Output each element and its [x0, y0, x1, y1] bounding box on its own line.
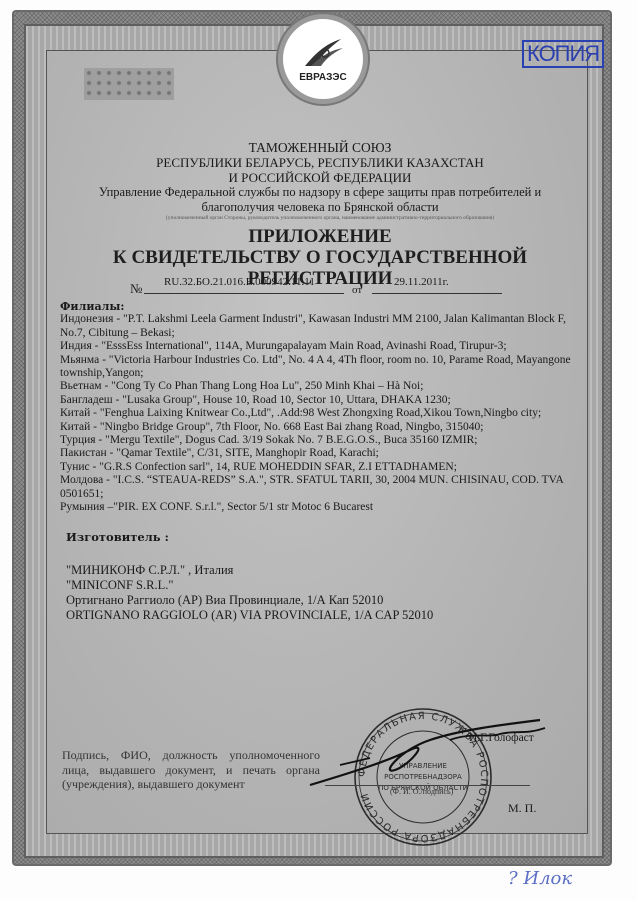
authority-line: благополучия человека по Брянской област… [80, 200, 560, 215]
branch-item: Румыния –"PIR. EX CONF. S.r.l.", Sector … [60, 501, 590, 514]
branch-item: Китай - "Ningbo Bridge Group", 7th Floor… [60, 421, 590, 434]
branch-item: Мьянма - "Victoria Harbour Industries Co… [60, 354, 590, 381]
registration-number-row: № RU.32.БО.21.016.Е.000942.11.11 от 29.1… [94, 275, 554, 297]
manufacturer-line: ORTIGNANO RAGGIOLO (AR) VIA PROVINCIALE,… [66, 608, 566, 623]
copy-stamp: КОПИЯ [522, 40, 604, 68]
branch-item: Бангладеш - "Lusaka Group", House 10, Ro… [60, 394, 590, 407]
date-underline [372, 293, 502, 294]
emblem-label: ЕВРАЗЭС [299, 72, 347, 83]
branches-list: Индонезия - "P.T. Lakshmi Leela Garment … [60, 313, 590, 514]
security-pattern [84, 68, 174, 100]
number-underline [144, 293, 344, 294]
branch-item: Пакистан - "Qamar Textile", C/31, SITE, … [60, 447, 590, 460]
emblem-logo-icon [301, 36, 345, 70]
date-label: от [352, 284, 362, 296]
seal-place-mark: М. П. [508, 801, 536, 816]
customs-union-header: ТАМОЖЕННЫЙ СОЮЗ РЕСПУБЛИКИ БЕЛАРУСЬ, РЕС… [60, 140, 580, 185]
header-line: РЕСПУБЛИКИ БЕЛАРУСЬ, РЕСПУБЛИКИ КАЗАХСТА… [60, 155, 580, 170]
signature-caption: Подпись, ФИО, должность уполномоченного … [62, 748, 320, 792]
handwritten-note: ? Илок [508, 868, 572, 889]
branch-item: Индонезия - "P.T. Lakshmi Leela Garment … [60, 313, 590, 340]
authority-line: Управление Федеральной службы по надзору… [80, 185, 560, 200]
manufacturer-heading: Изготовитель : [66, 530, 566, 545]
title-line-1: ПРИЛОЖЕНИЕ [60, 226, 580, 247]
manufacturer-line: "MINICONF S.R.L." [66, 578, 566, 593]
branch-item: Тунис - "G.R.S Confection sarl", 14, RUE… [60, 461, 590, 474]
branch-item: Турция - "Mergu Textile", Dogus Cad. 3/1… [60, 434, 590, 447]
branch-item: Китай - "Fenghua Laixing Knitwear Co.,Lt… [60, 407, 590, 420]
number-label: № [130, 281, 142, 297]
manufacturer-section: Изготовитель : "МИНИКОНФ С.Р.Л." , Итали… [66, 530, 566, 623]
branch-item: Вьетнам - "Cong Ty Co Phan Thang Long Ho… [60, 380, 590, 393]
issuing-authority: Управление Федеральной службы по надзору… [80, 185, 560, 215]
header-line: И РОССИЙСКОЙ ФЕДЕРАЦИИ [60, 170, 580, 185]
name-underline [325, 785, 530, 786]
branch-item: Индия - "EsssEss International", 114A, M… [60, 340, 590, 353]
manufacturer-line: "МИНИКОНФ С.Р.Л." , Италия [66, 563, 566, 578]
eurasec-emblem: ЕВРАЗЭС [278, 14, 368, 104]
branch-item: Молдова - "I.C.S. “STEAUA-REDS” S.A.", S… [60, 474, 590, 501]
official-name: И.Г.Голофаст [469, 732, 534, 744]
registration-date: 29.11.2011г. [394, 276, 449, 288]
header-line: ТАМОЖЕННЫЙ СОЮЗ [60, 140, 580, 155]
branches-section: Филиалы: Индонезия - "P.T. Lakshmi Leela… [60, 300, 590, 515]
branches-heading: Филиалы: [60, 300, 590, 313]
name-caption: (Ф. И. О./подпись) [390, 787, 453, 796]
authority-caption: (уполномоченный орган Стороны, руководит… [100, 215, 560, 222]
registration-number: RU.32.БО.21.016.Е.000942.11.11 [164, 276, 315, 288]
manufacturer-line: Ортигнано Раггиоло (АР) Виа Провинциале,… [66, 593, 566, 608]
